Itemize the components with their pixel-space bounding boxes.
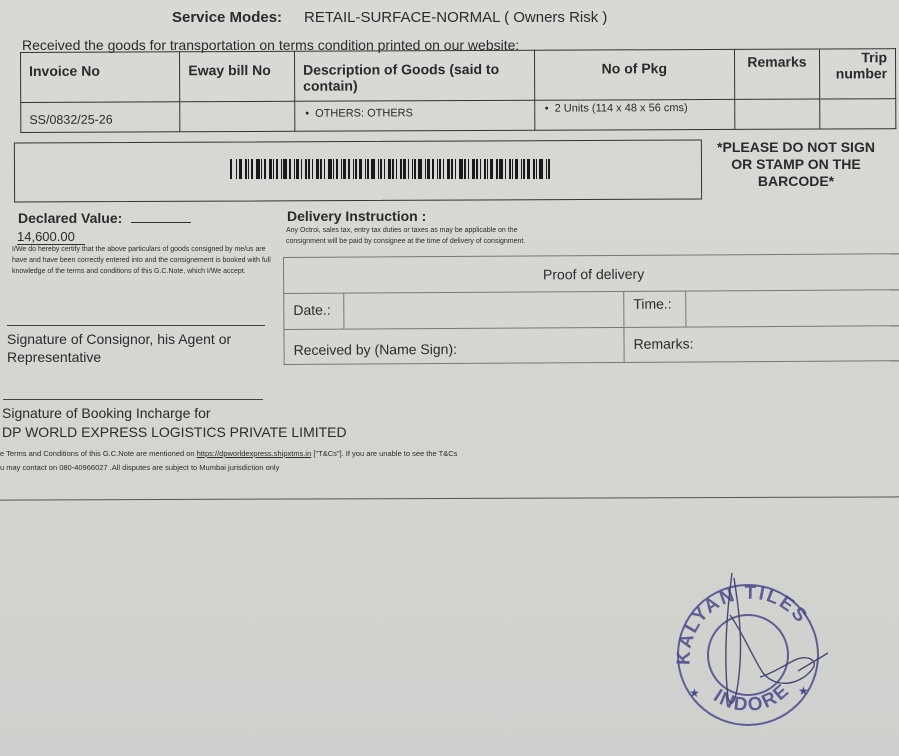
- service-modes-value: RETAIL-SURFACE-NORMAL ( Owners Risk ): [304, 9, 607, 26]
- svg-text:★: ★: [689, 686, 700, 700]
- col-eway-bill-no: Eway bill No: [180, 51, 295, 102]
- col-trip-number: Trip number: [819, 49, 895, 99]
- booking-signature-label: Signature of Booking Incharge for: [2, 404, 347, 423]
- svg-text:★: ★: [798, 684, 809, 698]
- col-description: Description of Goods (said to contain): [295, 50, 535, 101]
- consignor-signature-line: [7, 325, 265, 326]
- col-remarks: Remarks: [734, 49, 819, 99]
- company-name: DP WORLD EXPRESS LOGISTICS PRIVATE LIMIT…: [2, 423, 347, 442]
- goods-table-header: Invoice No Eway bill No Description of G…: [21, 49, 896, 103]
- terms-line1-prefix: e Terms and Conditions of this G.C.Note …: [0, 449, 197, 458]
- terms-line2: u may contact on 080-40966027 .All dispu…: [0, 461, 457, 475]
- description-cell: OTHERS: OTHERS: [295, 100, 535, 131]
- date-field[interactable]: [344, 292, 624, 329]
- booking-signature: Signature of Booking Incharge for DP WOR…: [2, 404, 347, 442]
- svg-text:KALYAN TILES: KALYAN TILES: [674, 583, 813, 666]
- page-divider: [0, 496, 899, 500]
- barcode-notice: *PLEASE DO NOT SIGN OR STAMP ON THE BARC…: [706, 139, 886, 190]
- no-of-pkg-value: 2 Units (114 x 48 x 56 cms): [545, 102, 688, 115]
- terms-line1-suffix: ["T&Cs"]. If you are unable to see the T…: [311, 449, 457, 458]
- delivery-instruction-title: Delivery Instruction :: [287, 208, 426, 224]
- pod-remarks-label: Remarks:: [633, 335, 693, 351]
- declared-value: 14,600.00: [17, 229, 85, 245]
- time-label: Time.:: [624, 292, 686, 327]
- table-row: SS/0832/25-26 OTHERS: OTHERS 2 Units (11…: [21, 99, 896, 133]
- booking-signature-line: [3, 399, 263, 400]
- trip-number-cell: [820, 99, 896, 129]
- service-modes: Service Modes:RETAIL-SURFACE-NORMAL ( Ow…: [172, 9, 607, 26]
- terms-notice: e Terms and Conditions of this G.C.Note …: [0, 447, 457, 475]
- no-of-pkg-cell: 2 Units (114 x 48 x 56 cms): [534, 99, 735, 130]
- pod-remarks-field[interactable]: Remarks:: [624, 326, 899, 362]
- remarks-cell: [735, 99, 820, 129]
- eway-bill-cell: [180, 101, 295, 132]
- received-by-field[interactable]: Received by (Name Sign):: [284, 328, 624, 364]
- service-modes-label: Service Modes:: [172, 9, 282, 26]
- description-value: OTHERS: OTHERS: [305, 107, 413, 119]
- barcode-icon: [230, 159, 552, 179]
- pod-received-row: Received by (Name Sign): Remarks:: [283, 325, 899, 365]
- consignor-certification: I/We do hereby certify that the above pa…: [12, 244, 274, 277]
- proof-of-delivery: Proof of delivery Date.: Time.: Received…: [283, 253, 899, 365]
- col-no-of-pkg: No of Pkg: [534, 49, 735, 100]
- date-label: Date.:: [284, 294, 344, 329]
- col-invoice-no: Invoice No: [21, 52, 180, 103]
- stamp-top-text: KALYAN TILES: [674, 583, 813, 666]
- received-by-label: Received by (Name Sign):: [294, 341, 458, 358]
- goods-table: Invoice No Eway bill No Description of G…: [20, 48, 896, 133]
- company-stamp-icon: KALYAN TILES INDORE ★ ★: [668, 573, 828, 733]
- pod-title: Proof of delivery: [283, 253, 899, 293]
- time-field[interactable]: [686, 290, 899, 326]
- invoice-no-cell: SS/0832/25-26: [21, 102, 180, 133]
- declared-value-underline: [131, 222, 191, 223]
- consignor-signature-label: Signature of Consignor, his Agent or Rep…: [7, 330, 277, 366]
- pod-date-time-row: Date.: Time.:: [283, 289, 899, 329]
- delivery-instruction-text: Any Octroi, sales tax, entry tax duties …: [286, 225, 556, 247]
- terms-link[interactable]: https://dpworldexpress.shipxtms.in: [197, 449, 312, 458]
- declared-value-label: Declared Value:: [18, 210, 122, 226]
